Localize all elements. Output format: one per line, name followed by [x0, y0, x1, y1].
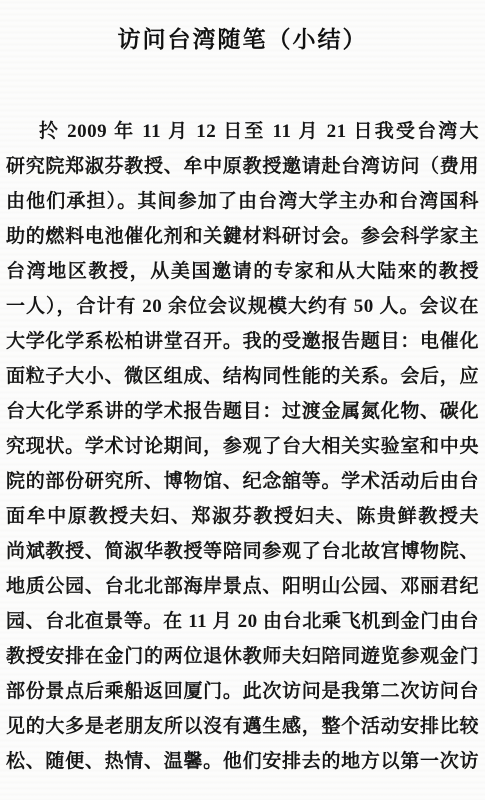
text-line: 扵 2009 年 11 月 12 日至 11 月 21 日我受台湾大学、中央 — [6, 114, 479, 149]
text-line: 助的燃料电池催化剂和关鍵材料研讨会。参会科学家主要是 — [6, 219, 479, 254]
text-line: 究现状。学术讨论期间，参观了台大相关实验室和中央研究 — [6, 429, 479, 464]
text-line: 园、台北亱景等。在 11 月 20 由台北乘飞机到金门由台大郑 — [6, 604, 479, 639]
text-line: 大学化学系松柏讲堂召开。我的受邀报告题目：电催化剂表 — [6, 324, 479, 359]
text-line: 面粒子大小、微区组成、结构同性能的关系。会后，应邀在 — [6, 359, 479, 394]
document-page: 访问台湾随笔（小结） 扵 2009 年 11 月 12 日至 11 月 21 日… — [0, 0, 485, 800]
text-line: 地质公园、台北北部海岸景点、阳明山公园、邓丽君纪念公 — [6, 569, 479, 604]
document-body: 扵 2009 年 11 月 12 日至 11 月 21 日我受台湾大学、中央 研… — [6, 114, 479, 779]
text-line: 面牟中原教授夫妇、郑淑芬教授妇夫、陈贵鲜教授夫妇、刘 — [6, 499, 479, 534]
page-title: 访问台湾随笔（小结） — [6, 24, 479, 56]
text-line: 台湾地区教授，从美国邀请的专家和从大陆來的教授（只我 — [6, 254, 479, 289]
text-line: 由他们承担）。其间参加了由台湾大学主办和台湾国科会资 — [6, 184, 479, 219]
text-line: 尚斌教授、简淑华教授等陪同参观了台北故宫博物院、野柳 — [6, 534, 479, 569]
text-line: 教授安排在金门的两位退休教师夫妇陪同遊览参观金门的 — [6, 639, 479, 674]
text-line: 院的部份研究所、博物馆、纪念舘等。学术活动后由台湾方 — [6, 464, 479, 499]
text-line: 台大化学系讲的学术报告题目：过渡金属氮化物、碳化物研 — [6, 394, 479, 429]
text-line: 研究院郑淑芬教授、牟中原教授邀请赴台湾访问（费用全部 — [6, 149, 479, 184]
text-line: 一人），合计有 20 余位会议规模大约有 50 人。会议在台湾 — [6, 289, 479, 324]
text-line: 见的大多是老朋友所以沒有邁生感，整个活动安排比较轻 — [6, 709, 479, 744]
text-line: 部份景点后乘船返回厦门。此次访问是我第二次访问台湾， — [6, 674, 479, 709]
text-line: 松、随便、热情、温馨。他们安排去的地方以第一次访问未 — [6, 744, 479, 779]
